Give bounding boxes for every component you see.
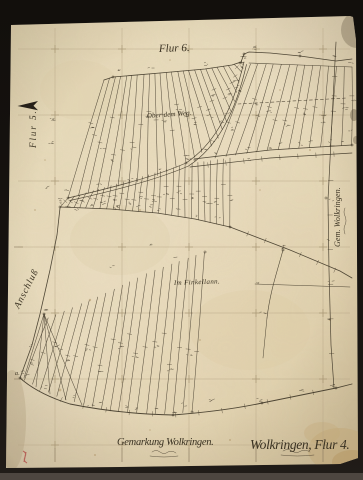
label-gemarkung: Gemarkung Wolkringen. (117, 437, 214, 448)
label-sheet-title: Wolkringen, Flur 4. (250, 437, 350, 452)
label-flur-5: Flur 5. (28, 111, 38, 149)
paper-sheet: Flur 6. Flur 5. Ober dem Weg. Im Finkell… (0, 10, 363, 474)
label-gem-wolkringen: Gem. Wolkringen. (333, 187, 342, 247)
flurkarte-svg: Flur 6. Flur 5. Ober dem Weg. Im Finkell… (0, 0, 363, 480)
label-point-a: a. (15, 371, 20, 377)
scanned-map-sheet: Flur 6. Flur 5. Ober dem Weg. Im Finkell… (0, 0, 363, 480)
label-flur-6: Flur 6. (158, 42, 190, 55)
scanner-edge-strip (0, 473, 363, 480)
label-im-finkellann: Im Finkellann. (173, 277, 220, 287)
